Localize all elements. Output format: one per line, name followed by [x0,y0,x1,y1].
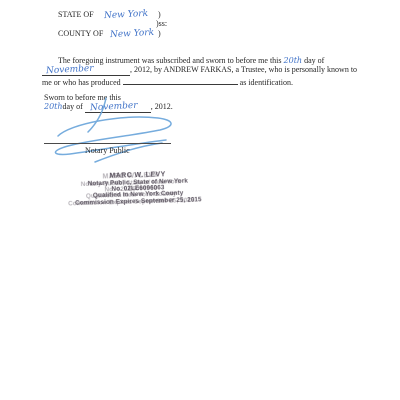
state-label: STATE OF [58,10,94,19]
state-handwritten-value: New York [103,10,148,21]
signature-line [44,143,171,144]
ss-marker: )ss: [156,19,167,28]
county-label: COUNTY OF [58,29,103,38]
month-underline: November [42,65,130,76]
body-line3-pre: me or who has produced [42,78,121,87]
state-paren: ) [158,10,161,19]
id-blank-line [123,76,238,85]
state-line: STATE OF New York [58,10,148,20]
county-handwritten-value: New York [110,29,155,40]
body-line2-text: , 2012, by ANDREW FARKAS, a Trustee, who… [130,65,357,74]
body-line3-post: as identification. [240,78,293,87]
notary-acknowledgment-page: STATE OF New York ) )ss: COUNTY OF New Y… [0,0,400,400]
body-line-3: me or who has produced as identification… [42,76,293,87]
day-handwritten: 20th [284,56,303,65]
signature-scribble-icon [40,88,190,168]
body-line-1: The foregoing instrument was subscribed … [58,56,324,65]
month-handwritten: November [46,65,94,76]
county-line: COUNTY OF New York [58,29,154,39]
notary-stamp: MARC W. LEVY Notary Public, State of New… [62,170,215,207]
notary-public-label: Notary Public [85,146,130,155]
body-line-2: November, 2012, by ANDREW FARKAS, a Trus… [42,65,357,76]
body-line1-post: day of [304,56,324,65]
county-paren: ) [158,29,161,38]
